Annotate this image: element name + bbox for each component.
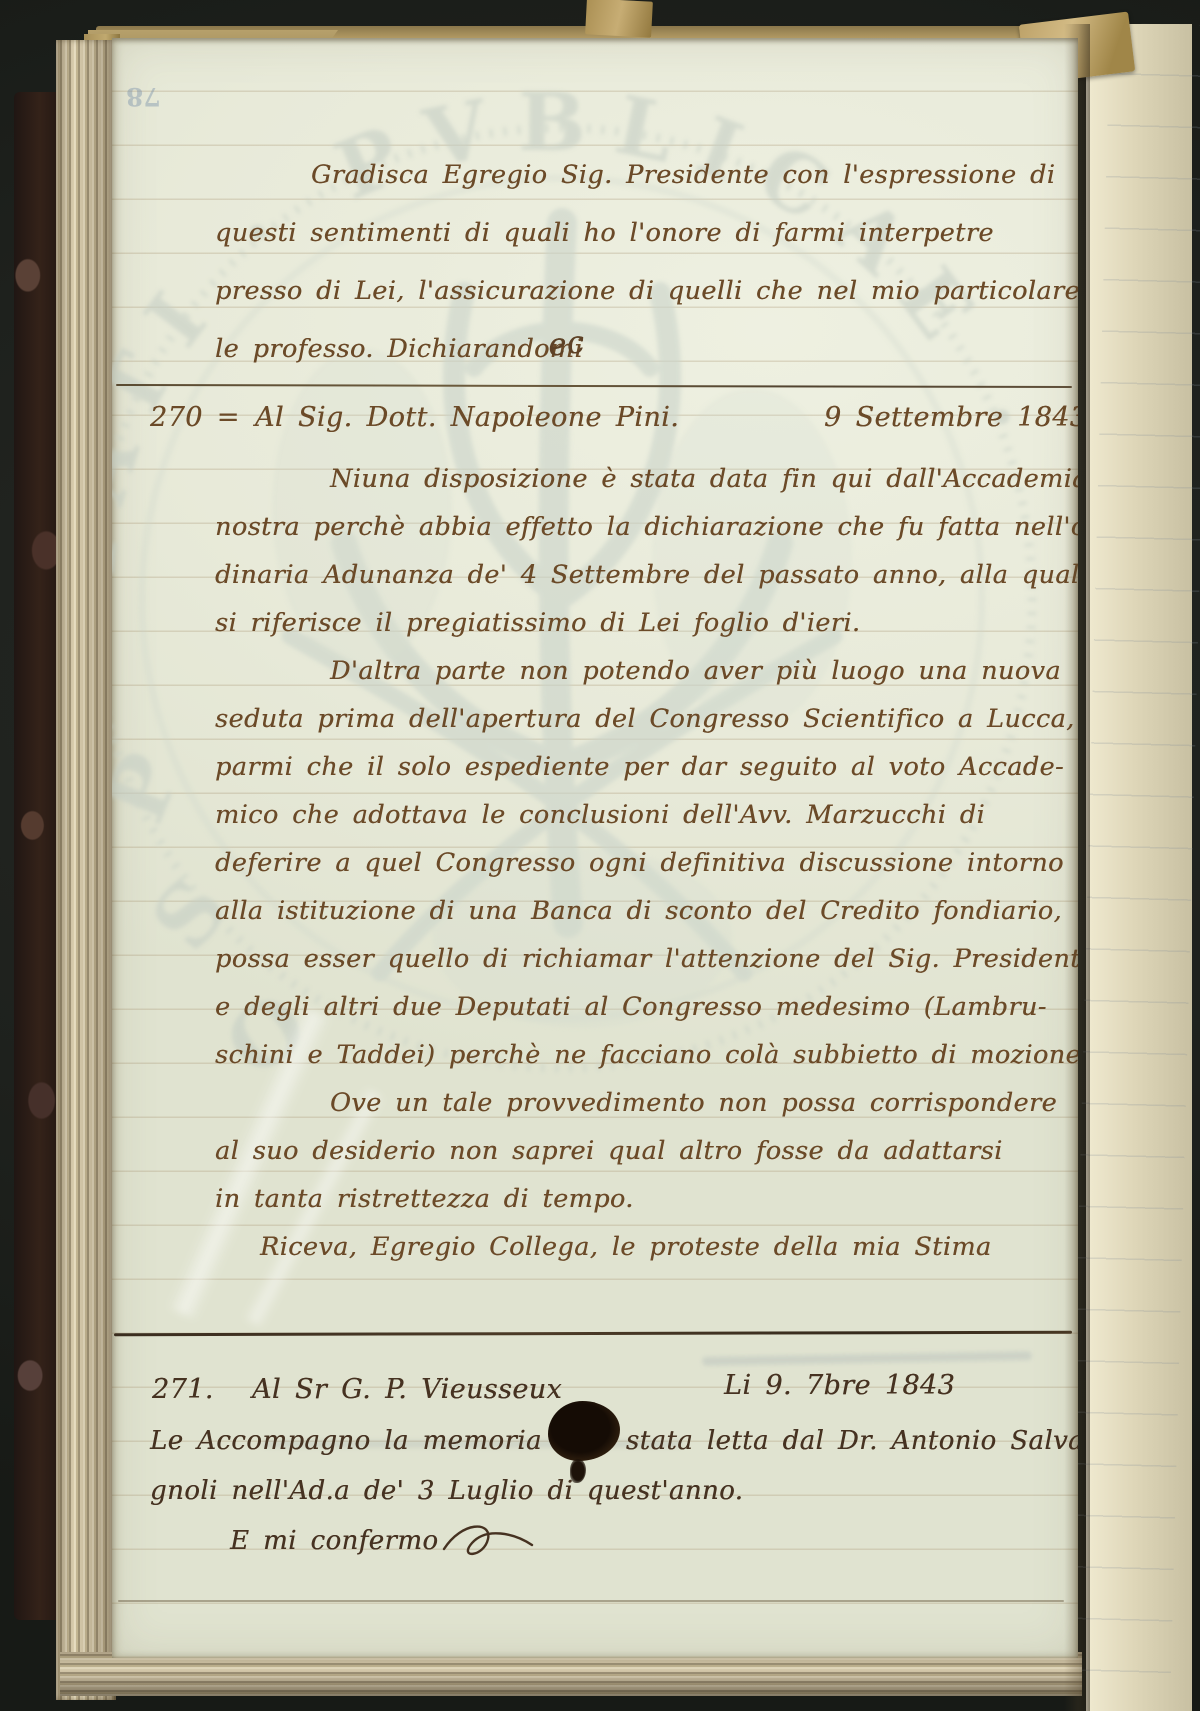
closing-text: E mi confermo	[230, 1526, 438, 1556]
stamp-letter-p: P	[112, 740, 200, 836]
handwritten-line: nostra perchè abbia effetto la dichiaraz…	[215, 503, 1078, 551]
next-page-edge	[1086, 24, 1192, 1711]
handwritten-line: seduta prima dell'apertura del Congresso…	[215, 695, 1078, 743]
marbled-cover-edge	[14, 92, 60, 1620]
handwritten-line: presso di Lei, l'assicurazione di quelli…	[215, 262, 1078, 320]
handwritten-line: si riferisce il pregiatissimo di Lei fog…	[215, 599, 1078, 647]
handwritten-line: e degli altri due Deputati al Congresso …	[215, 983, 1078, 1031]
handwritten-line: possa esser quello di richiamar l'attenz…	[215, 935, 1078, 983]
manuscript-page: TATI · PVBLICAE · P S O	[112, 38, 1078, 1658]
handwritten-line: in tanta ristrettezza di tempo.	[215, 1175, 1078, 1223]
handwritten-line: Riceva, Egregio Collega, le proteste del…	[215, 1223, 1078, 1271]
ink-blot	[542, 1441, 626, 1449]
handwritten-line: parmi che il solo espediente per dar seg…	[215, 743, 1078, 791]
entry-270-body: Niuna disposizione è stata data fin qui …	[215, 455, 1078, 1271]
manuscript-ledger-scan: TATI · PVBLICAE · P S O	[0, 0, 1200, 1711]
bleedthrough-smudge	[702, 1351, 1032, 1366]
faint-bottom-rule	[118, 1600, 1064, 1602]
handwritten-line: questi sentimenti di quali ho l'onore di…	[215, 204, 1078, 262]
entry-date: Li 9. 7bre 1843	[724, 1370, 955, 1401]
handwritten-line: le professo. Dichiarandomi	[215, 320, 1078, 378]
tape-fragment-top	[585, 0, 653, 38]
pen-flourish	[440, 1519, 536, 1563]
handwritten-line: alla istituzione di una Banca di sconto …	[215, 887, 1078, 935]
entry-number: 270 =	[150, 402, 240, 433]
closing-formula: E mi confermo	[150, 1516, 1078, 1566]
entry-date: 9 Settembre 1843.	[824, 402, 1078, 433]
line-after-blot: stata letta dal Dr. Antonio Salva-	[626, 1426, 1078, 1456]
entry-number: 271.	[152, 1374, 214, 1405]
handwritten-line: Gradisca Egregio Sig. Presidente con l'e…	[215, 146, 1078, 204]
handwritten-line: Ove un tale provvedimento non possa corr…	[215, 1079, 1078, 1127]
handwritten-line: gnoli nell'Ad.a de' 3 Luglio di quest'an…	[150, 1466, 1078, 1516]
handwritten-line: mico che adottava le conclusioni dell'Av…	[215, 791, 1078, 839]
page-stack-edges-left	[56, 40, 116, 1700]
handwritten-line: schini e Taddei) perchè ne facciano colà…	[215, 1031, 1078, 1079]
handwritten-line: Niuna disposizione è stata data fin qui …	[215, 455, 1078, 503]
previous-letter-closing: Gradisca Egregio Sig. Presidente con l'e…	[215, 146, 1078, 378]
handwritten-line: dinaria Adunanza de' 4 Settembre del pas…	[215, 551, 1078, 599]
handwritten-line: al suo desiderio non saprei qual altro f…	[215, 1127, 1078, 1175]
bleedthrough-page-number: 78	[126, 82, 161, 111]
handwritten-line: Le Accompagno la memoriastata letta dal …	[150, 1416, 1078, 1466]
entry-recipient: Al Sr G. P. Vieusseux	[252, 1374, 562, 1405]
handwritten-line: deferire a quel Congresso ogni definitiv…	[215, 839, 1078, 887]
handwritten-line: D'altra parte non potendo aver più luogo…	[215, 647, 1078, 695]
page-curl-shadow	[1064, 24, 1090, 1711]
line-before-blot: Le Accompagno la memoria	[150, 1426, 542, 1456]
et-cetera-flourish: ec	[546, 324, 586, 364]
page-stack-edges-bottom	[60, 1652, 1082, 1696]
entry-divider-rule	[116, 384, 1072, 388]
entry-divider-rule	[114, 1331, 1072, 1337]
entry-recipient: Al Sig. Dott. Napoleone Pini.	[255, 402, 679, 433]
entry-271-body: Le Accompagno la memoriastata letta dal …	[150, 1416, 1078, 1566]
